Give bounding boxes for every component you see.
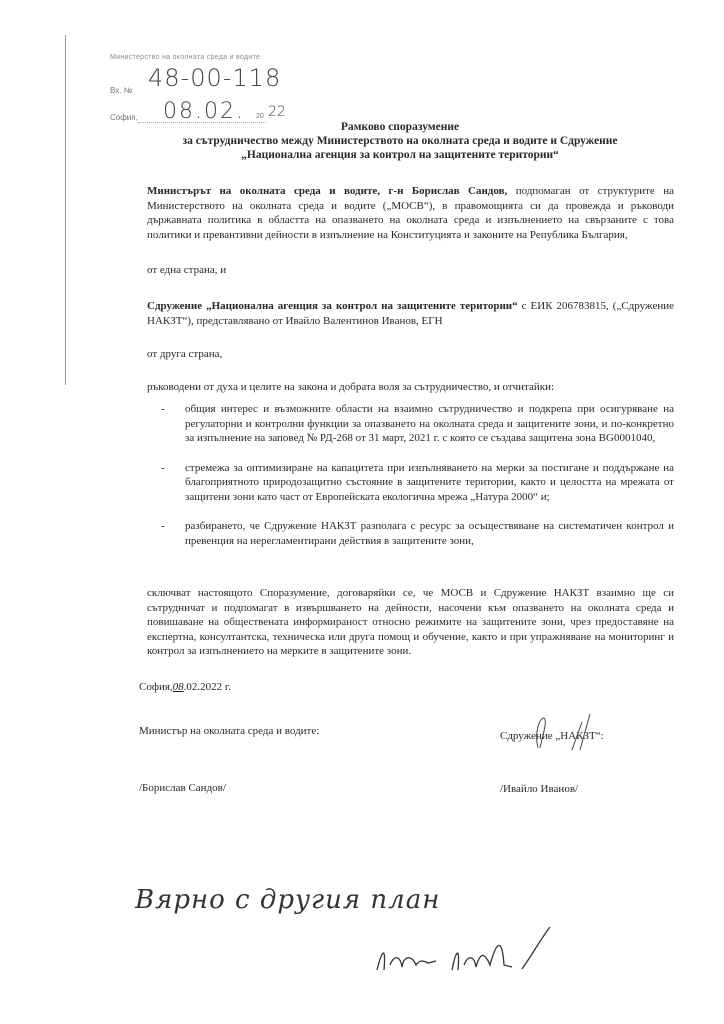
list-item-text: общия интерес и възможните области на вз… (185, 403, 674, 444)
bullet-dash-icon: - (161, 519, 165, 534)
title-line-2: за сътрудничество между Министерството н… (160, 134, 640, 148)
other-side-text: от друга страна, (147, 347, 674, 362)
party-2-name: Сдружение „Национална агенция за контрол… (147, 300, 518, 312)
stamp-reg-number: 48-00-118 (148, 64, 281, 92)
minister-name: /Борислав Сандов/ (139, 782, 226, 794)
scan-margin-line (65, 35, 66, 385)
stamp-year-prefix: 20 (256, 113, 264, 120)
list-item: - стремежа за оптимизиране на капацитета… (147, 461, 674, 505)
title-line-1: Рамково споразумение (160, 120, 640, 134)
signing-day-handwritten: 08 (173, 681, 184, 693)
handwritten-signature-icon (372, 925, 572, 985)
one-side-text: от една страна, и (147, 263, 674, 278)
title-line-3: „Национална агенция за контрол на защите… (160, 148, 640, 162)
list-item-text: разбирането, че Сдружение НАКЗТ разполаг… (185, 520, 674, 547)
guided-text: ръководени от духа и целите на закона и … (147, 380, 674, 395)
list-item: - общия интерес и възможните области на … (147, 402, 674, 446)
document-title: Рамково споразумение за сътрудничество м… (160, 120, 640, 162)
stamp-year-suffix: 22 (268, 104, 286, 120)
party-1-paragraph: Министърът на околната среда и водите, г… (147, 184, 674, 242)
handwritten-note: Вярно с другия план (135, 885, 440, 915)
stamp-reg-label: Вх. № (110, 86, 132, 95)
stamp-city-label: София, (110, 113, 138, 122)
signing-date-suffix: .02.2022 г. (184, 681, 231, 693)
association-name: /Ивайло Иванов/ (500, 783, 578, 795)
minister-title: Министър на околната среда и водите: (139, 725, 319, 737)
association-signature-strokes-icon (530, 712, 600, 752)
signing-city: София, (139, 681, 173, 693)
list-item-text: стремежа за оптимизиране на капацитета п… (185, 462, 674, 503)
party-2-paragraph: Сдружение „Национална агенция за контрол… (147, 299, 674, 328)
signing-place-date: София,08.02.2022 г. (139, 681, 231, 693)
bullet-dash-icon: - (161, 461, 165, 476)
document-page: Министерство на околната среда и водите … (0, 0, 724, 1024)
conclusion-paragraph: сключват настоящото Споразумение, догова… (147, 586, 674, 659)
bullet-dash-icon: - (161, 402, 165, 417)
list-item: - разбирането, че Сдружение НАКЗТ разпол… (147, 519, 674, 548)
considerations-list: - общия интерес и възможните области на … (147, 402, 674, 563)
party-1-name: Министърът на околната среда и водите, г… (147, 185, 507, 197)
stamp-header: Министерство на околната среда и водите (110, 54, 260, 61)
